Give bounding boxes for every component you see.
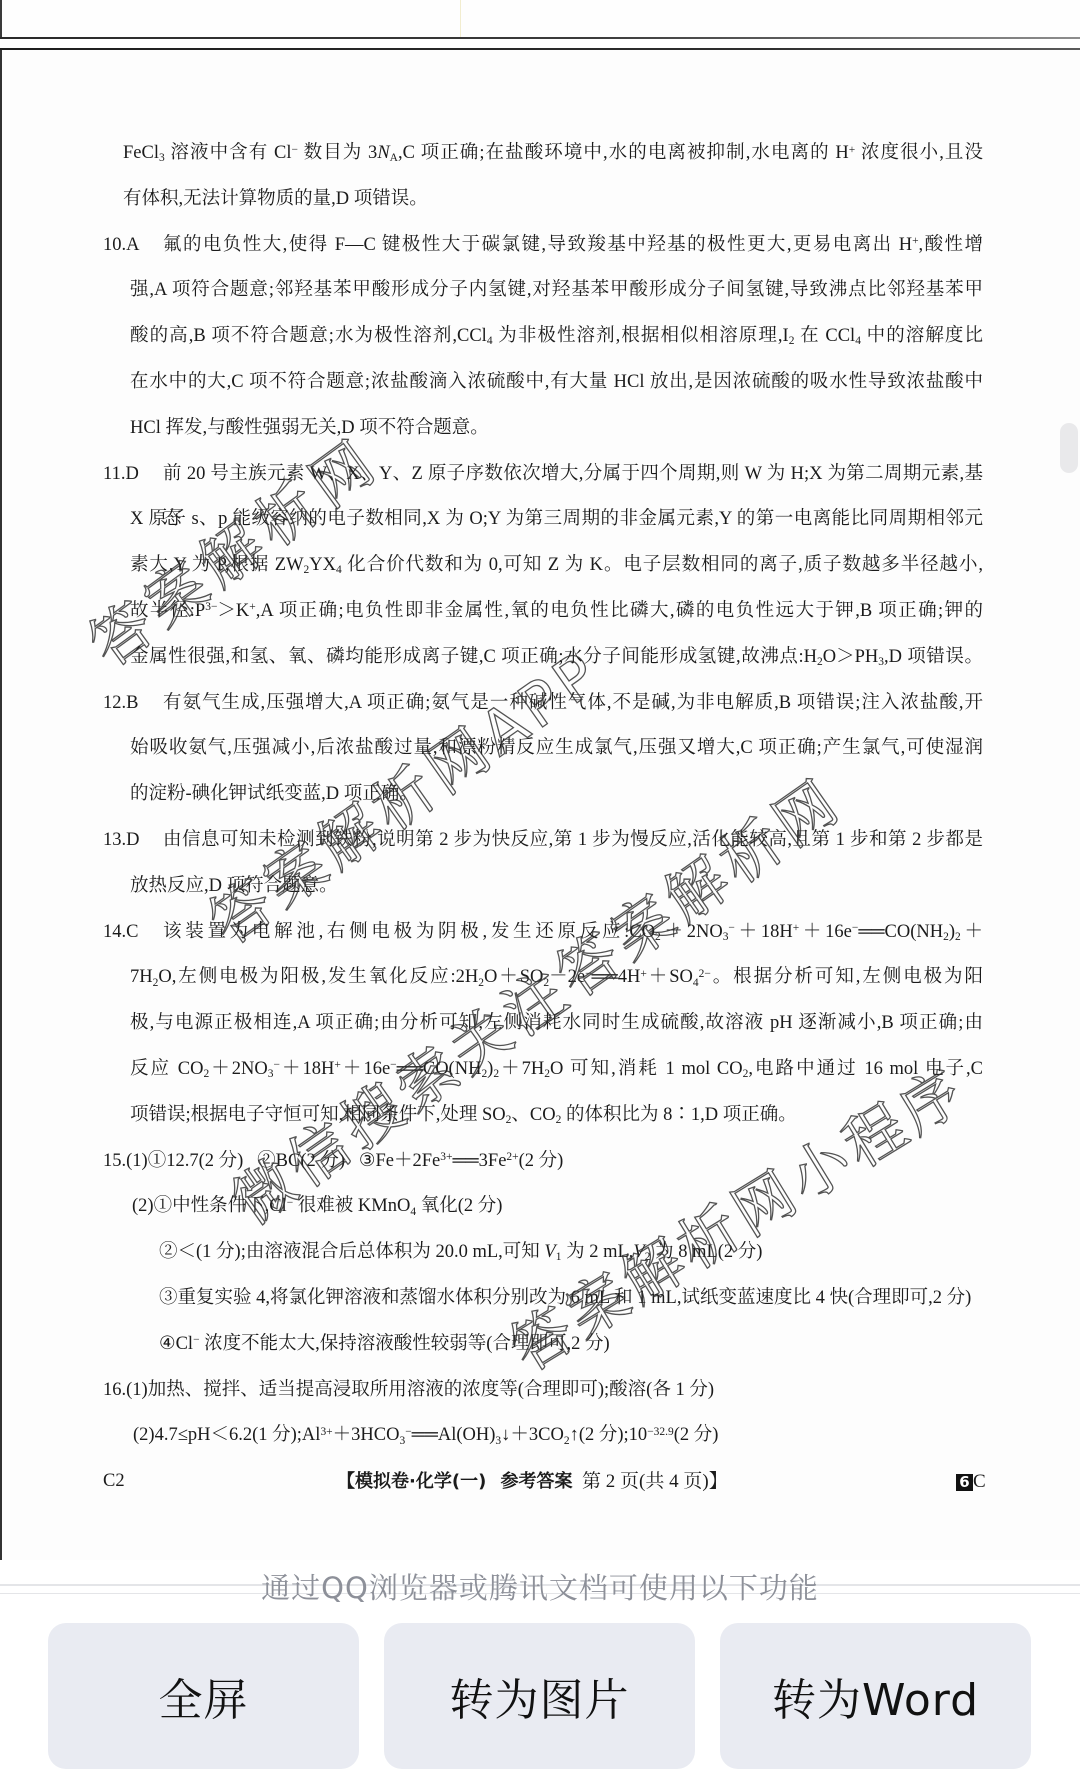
question-14: 14.C该装置为电解池,右侧电极为阴极,发生还原反应:CO2＋2NO3−＋18H…: [0, 910, 1080, 956]
button-label: 转为Word: [772, 1664, 979, 1728]
line-text: 7H2O,左侧电极为阳极,发生氧化反应:2H2O＋SO2－2e−══4H+＋SO…: [130, 955, 983, 1001]
line-text: 酸的高,B 项不符合题意;水为极性溶剂,CCl4 为非极性溶剂,根据相似相溶原理…: [130, 314, 983, 360]
line-text: 该装置为电解池,右侧电极为阴极,发生还原反应:CO2＋2NO3−＋18H+＋16…: [163, 910, 983, 956]
button-label: 全屏: [159, 1664, 249, 1728]
part-label: (2): [133, 1425, 155, 1445]
line-text: 项错误;根据电子守恒可知,相同条件下,处理 SO2、CO2 的体积比为 8∶1,…: [130, 1093, 983, 1139]
question-number: 13.D: [103, 818, 163, 864]
text-line: 素大,Y 为 P,根据 ZW2YX4 化合价代数和为 0,可知 Z 为 K。电子…: [0, 543, 1080, 589]
edition-letter: C: [973, 1471, 986, 1492]
line-text: FeCl3 溶液中含有 Cl− 数目为 3NA,C 项正确;在盐酸环境中,水的电…: [123, 131, 983, 177]
text-line: 故半径:P3−＞K+,A 项正确;电负性即非金属性,氧的电负性比磷大,磷的电负性…: [0, 589, 1080, 635]
line-text: X 原子 s、p 能级容纳的电子数相同,X 为 O;Y 为第三周期的非金属元素,…: [130, 497, 983, 543]
question-13: 13.D由信息可知未检测到铁粉,说明第 2 步为快反应,第 1 步为慢反应,活化…: [0, 818, 1080, 864]
text-line: 项错误;根据电子守恒可知,相同条件下,处理 SO2、CO2 的体积比为 8∶1,…: [0, 1093, 1080, 1139]
part-label: (1): [126, 1151, 148, 1171]
text-line: 反应 CO2＋2NO3−＋18H+＋16e−══CO(NH2)2＋7H2O 可知…: [0, 1047, 1080, 1093]
line-text: 有氨气生成,压强增大,A 项正确;氨气是一种碱性气体,不是碱,为非电解质,B 项…: [163, 681, 983, 727]
text-line: ②＜(1 分);由溶液混合后总体积为 20.0 mL,可知 V1 为 2 mL,…: [0, 1230, 1080, 1276]
button-label: 转为图片: [450, 1664, 630, 1728]
footer-code: C2: [103, 1459, 125, 1505]
text-line: HCl 挥发,与酸性强弱无关,D 项不符合题意。: [0, 406, 1080, 452]
line-text: 在水中的大,C 项不符合题意;浓盐酸滴入浓硫酸中,有大量 HCl 放出,是因浓硫…: [130, 360, 983, 406]
question-10: 10.A氟的电负性大,使得 F—C 键极性大于碳氯键,导致羧基中羟基的极性更大,…: [0, 223, 1080, 269]
page-footer: C2 【模拟卷·化学(一) 参考答案 第 2 页(共 4 页)】 6C: [0, 1459, 1080, 1505]
function-prompt: 通过QQ浏览器或腾讯文档可使用以下功能: [0, 1570, 1080, 1606]
line-text: ②＜(1 分);由溶液混合后总体积为 20.0 mL,可知 V1 为 2 mL,…: [159, 1242, 762, 1262]
previous-page-edge: [0, 37, 1080, 39]
fullscreen-button[interactable]: 全屏: [48, 1623, 359, 1769]
text-line: X 原子 s、p 能级容纳的电子数相同,X 为 O;Y 为第三周期的非金属元素,…: [0, 497, 1080, 543]
text-line: ③重复实验 4,将氯化钾溶液和蒸馏水体积分别改为 6 mL 和 1 mL,试纸变…: [0, 1276, 1080, 1322]
text-line: 金属性很强,和氢、氧、磷均能形成离子键,C 项正确;水分子间能形成氢键,故沸点:…: [0, 635, 1080, 681]
page-top-edge: [0, 48, 1080, 50]
footer-title: 【模拟卷·化学(一) 参考答案 第 2 页(共 4 页)】: [337, 1459, 728, 1505]
line-text: ③重复实验 4,将氯化钾溶液和蒸馏水体积分别改为 6 mL 和 1 mL,试纸变…: [159, 1288, 971, 1308]
text-line: 7H2O,左侧电极为阳极,发生氧化反应:2H2O＋SO2－2e−══4H+＋SO…: [0, 955, 1080, 1001]
question-number: 14.C: [103, 910, 163, 956]
line-text: 的淀粉-碘化钾试纸变蓝,D 项正确。: [130, 772, 983, 818]
question-number: 12.B: [103, 681, 163, 727]
text-line: 极,与电源正极相连,A 项正确;由分析可知,左侧消耗水同时生成硫酸,故溶液 pH…: [0, 1001, 1080, 1047]
part-label: (2): [132, 1196, 154, 1216]
text-line: 在水中的大,C 项不符合题意;浓盐酸滴入浓硫酸中,有大量 HCl 放出,是因浓硫…: [0, 360, 1080, 406]
question-number: 10.A: [103, 223, 163, 269]
footer-edition: 6C: [956, 1459, 986, 1505]
edition-box: 6: [956, 1474, 973, 1491]
part-label: (1): [126, 1380, 148, 1400]
page-fold-line: [460, 0, 461, 38]
text-line: 的淀粉-碘化钾试纸变蓝,D 项正确。: [0, 772, 1080, 818]
line-text: 加热、搅拌、适当提高浸取所用溶液的浓度等(合理即可);酸溶(各 1 分): [148, 1380, 714, 1400]
answer-text: FeCl3 溶液中含有 Cl− 数目为 3NA,C 项正确;在盐酸环境中,水的电…: [0, 131, 1080, 1505]
line-text: ①12.7(2 分) ②BC(2 分) ③Fe＋2Fe3+══3Fe2+(2 分…: [148, 1151, 564, 1171]
line-text: ④Cl− 浓度不能太大,保持溶液酸性较弱等(合理即可,2 分): [159, 1334, 610, 1354]
convert-to-word-button[interactable]: 转为Word: [720, 1623, 1031, 1769]
line-text: 强,A 项符合题意;邻羟基苯甲酸形成分子内氢键,对羟基苯甲酸形成分子间氢键,导致…: [130, 268, 983, 314]
line-text: ①中性条件下,Cl− 很难被 KMnO4 氧化(2 分): [154, 1196, 503, 1216]
line-text: 金属性很强,和氢、氧、磷均能形成离子键,C 项正确;水分子间能形成氢键,故沸点:…: [130, 635, 983, 681]
question-16: 16.(1)加热、搅拌、适当提高浸取所用溶液的浓度等(合理即可);酸溶(各 1 …: [0, 1368, 1080, 1414]
line-text: 素大,Y 为 P,根据 ZW2YX4 化合价代数和为 0,可知 Z 为 K。电子…: [130, 543, 983, 589]
text-line: 酸的高,B 项不符合题意;水为极性溶剂,CCl4 为非极性溶剂,根据相似相溶原理…: [0, 314, 1080, 360]
question-number: 15.: [103, 1151, 126, 1171]
line-text: 有体积,无法计算物质的量,D 项错误。: [123, 177, 983, 223]
question-11: 11.D前 20 号主族元素 W、X、Y、Z 原子序数依次增大,分属于四个周期,…: [0, 452, 1080, 498]
line-text: HCl 挥发,与酸性强弱无关,D 项不符合题意。: [130, 406, 983, 452]
line-text: 由信息可知未检测到铁粉,说明第 2 步为快反应,第 1 步为慢反应,活化能较高,…: [163, 818, 983, 864]
text-line: 有体积,无法计算物质的量,D 项错误。: [0, 177, 1080, 223]
line-text: 放热反应,D 项符合题意。: [130, 864, 983, 910]
question-number: 11.D: [103, 452, 163, 498]
line-text: 反应 CO2＋2NO3−＋18H+＋16e−══CO(NH2)2＋7H2O 可知…: [130, 1047, 983, 1093]
line-text: 故半径:P3−＞K+,A 项正确;电负性即非金属性,氧的电负性比磷大,磷的电负性…: [130, 589, 983, 635]
footer-type: 参考答案: [501, 1471, 573, 1492]
line-text: 始吸收氨气,压强减小,后浓盐酸过量,和漂粉精反应生成氯气,压强又增大,C 项正确…: [130, 726, 983, 772]
text-line: ④Cl− 浓度不能太大,保持溶液酸性较弱等(合理即可,2 分): [0, 1322, 1080, 1368]
question-16-part-2: (2)4.7≤pH＜6.2(1 分);Al3+＋3HCO3−══Al(OH)3↓…: [0, 1413, 1080, 1459]
question-15-part-2: (2)①中性条件下,Cl− 很难被 KMnO4 氧化(2 分): [0, 1184, 1080, 1230]
text-line: 强,A 项符合题意;邻羟基苯甲酸形成分子内氢键,对羟基苯甲酸形成分子间氢键,导致…: [0, 268, 1080, 314]
question-12: 12.B有氨气生成,压强增大,A 项正确;氨气是一种碱性气体,不是碱,为非电解质…: [0, 681, 1080, 727]
line-text: 4.7≤pH＜6.2(1 分);Al3+＋3HCO3−══Al(OH)3↓＋3C…: [155, 1425, 719, 1445]
footer-series: 【模拟卷·化学(一): [337, 1471, 486, 1492]
text-line: 放热反应,D 项符合题意。: [0, 864, 1080, 910]
question-number: 16.: [103, 1380, 126, 1400]
previous-page: [0, 0, 1080, 39]
question-15: 15.(1)①12.7(2 分) ②BC(2 分) ③Fe＋2Fe3+══3Fe…: [0, 1139, 1080, 1185]
line-text: 氟的电负性大,使得 F—C 键极性大于碳氯键,导致羧基中羟基的极性更大,更易电离…: [163, 223, 983, 269]
footer-page-number: 第 2 页(共 4 页)】: [582, 1471, 728, 1492]
text-line: 始吸收氨气,压强减小,后浓盐酸过量,和漂粉精反应生成氯气,压强又增大,C 项正确…: [0, 726, 1080, 772]
text-line: FeCl3 溶液中含有 Cl− 数目为 3NA,C 项正确;在盐酸环境中,水的电…: [0, 131, 1080, 177]
scrollbar-thumb[interactable]: [1060, 423, 1078, 473]
line-text: 极,与电源正极相连,A 项正确;由分析可知,左侧消耗水同时生成硫酸,故溶液 pH…: [130, 1001, 983, 1047]
convert-to-image-button[interactable]: 转为图片: [384, 1623, 695, 1769]
